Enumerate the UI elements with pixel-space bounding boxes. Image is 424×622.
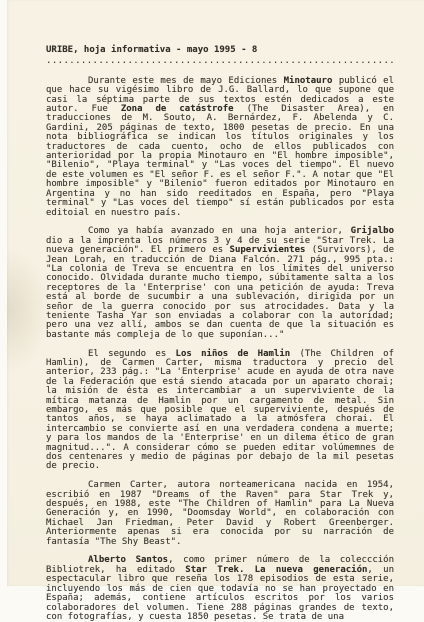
body-text: (The Children of Hamlin), de Carmen Cart… [46, 349, 394, 472]
article-body: Durante este mes de mayo Ediciones Minot… [46, 77, 394, 600]
paragraph: Alberto Santos, como primer número de la… [46, 556, 394, 600]
paragraph: Como ya había avanzado en una hoja anter… [46, 227, 394, 340]
page-content: URIBE, hoja informativa - mayo 1995 - 8 … [46, 46, 394, 600]
page-header: URIBE, hoja informativa - mayo 1995 - 8 [46, 46, 394, 55]
paragraph: Carmen Carter, autora norteamericana nac… [46, 481, 394, 547]
body-text: (The Disaster Area), en traducciones de … [46, 104, 394, 217]
dotted-divider: ........................................… [46, 57, 394, 66]
body-text: Carmen Carter, autora norteamericana nac… [46, 480, 394, 546]
paragraph: Durante este mes de mayo Ediciones Minot… [46, 77, 394, 218]
paragraph: El segundo es Los niños de Hamlin (The C… [46, 350, 394, 472]
body-text: (Survivors), de Jean Lorah, en traducció… [46, 245, 394, 340]
scanned-page: URIBE, hoja informativa - mayo 1995 - 8 … [7, 0, 424, 586]
